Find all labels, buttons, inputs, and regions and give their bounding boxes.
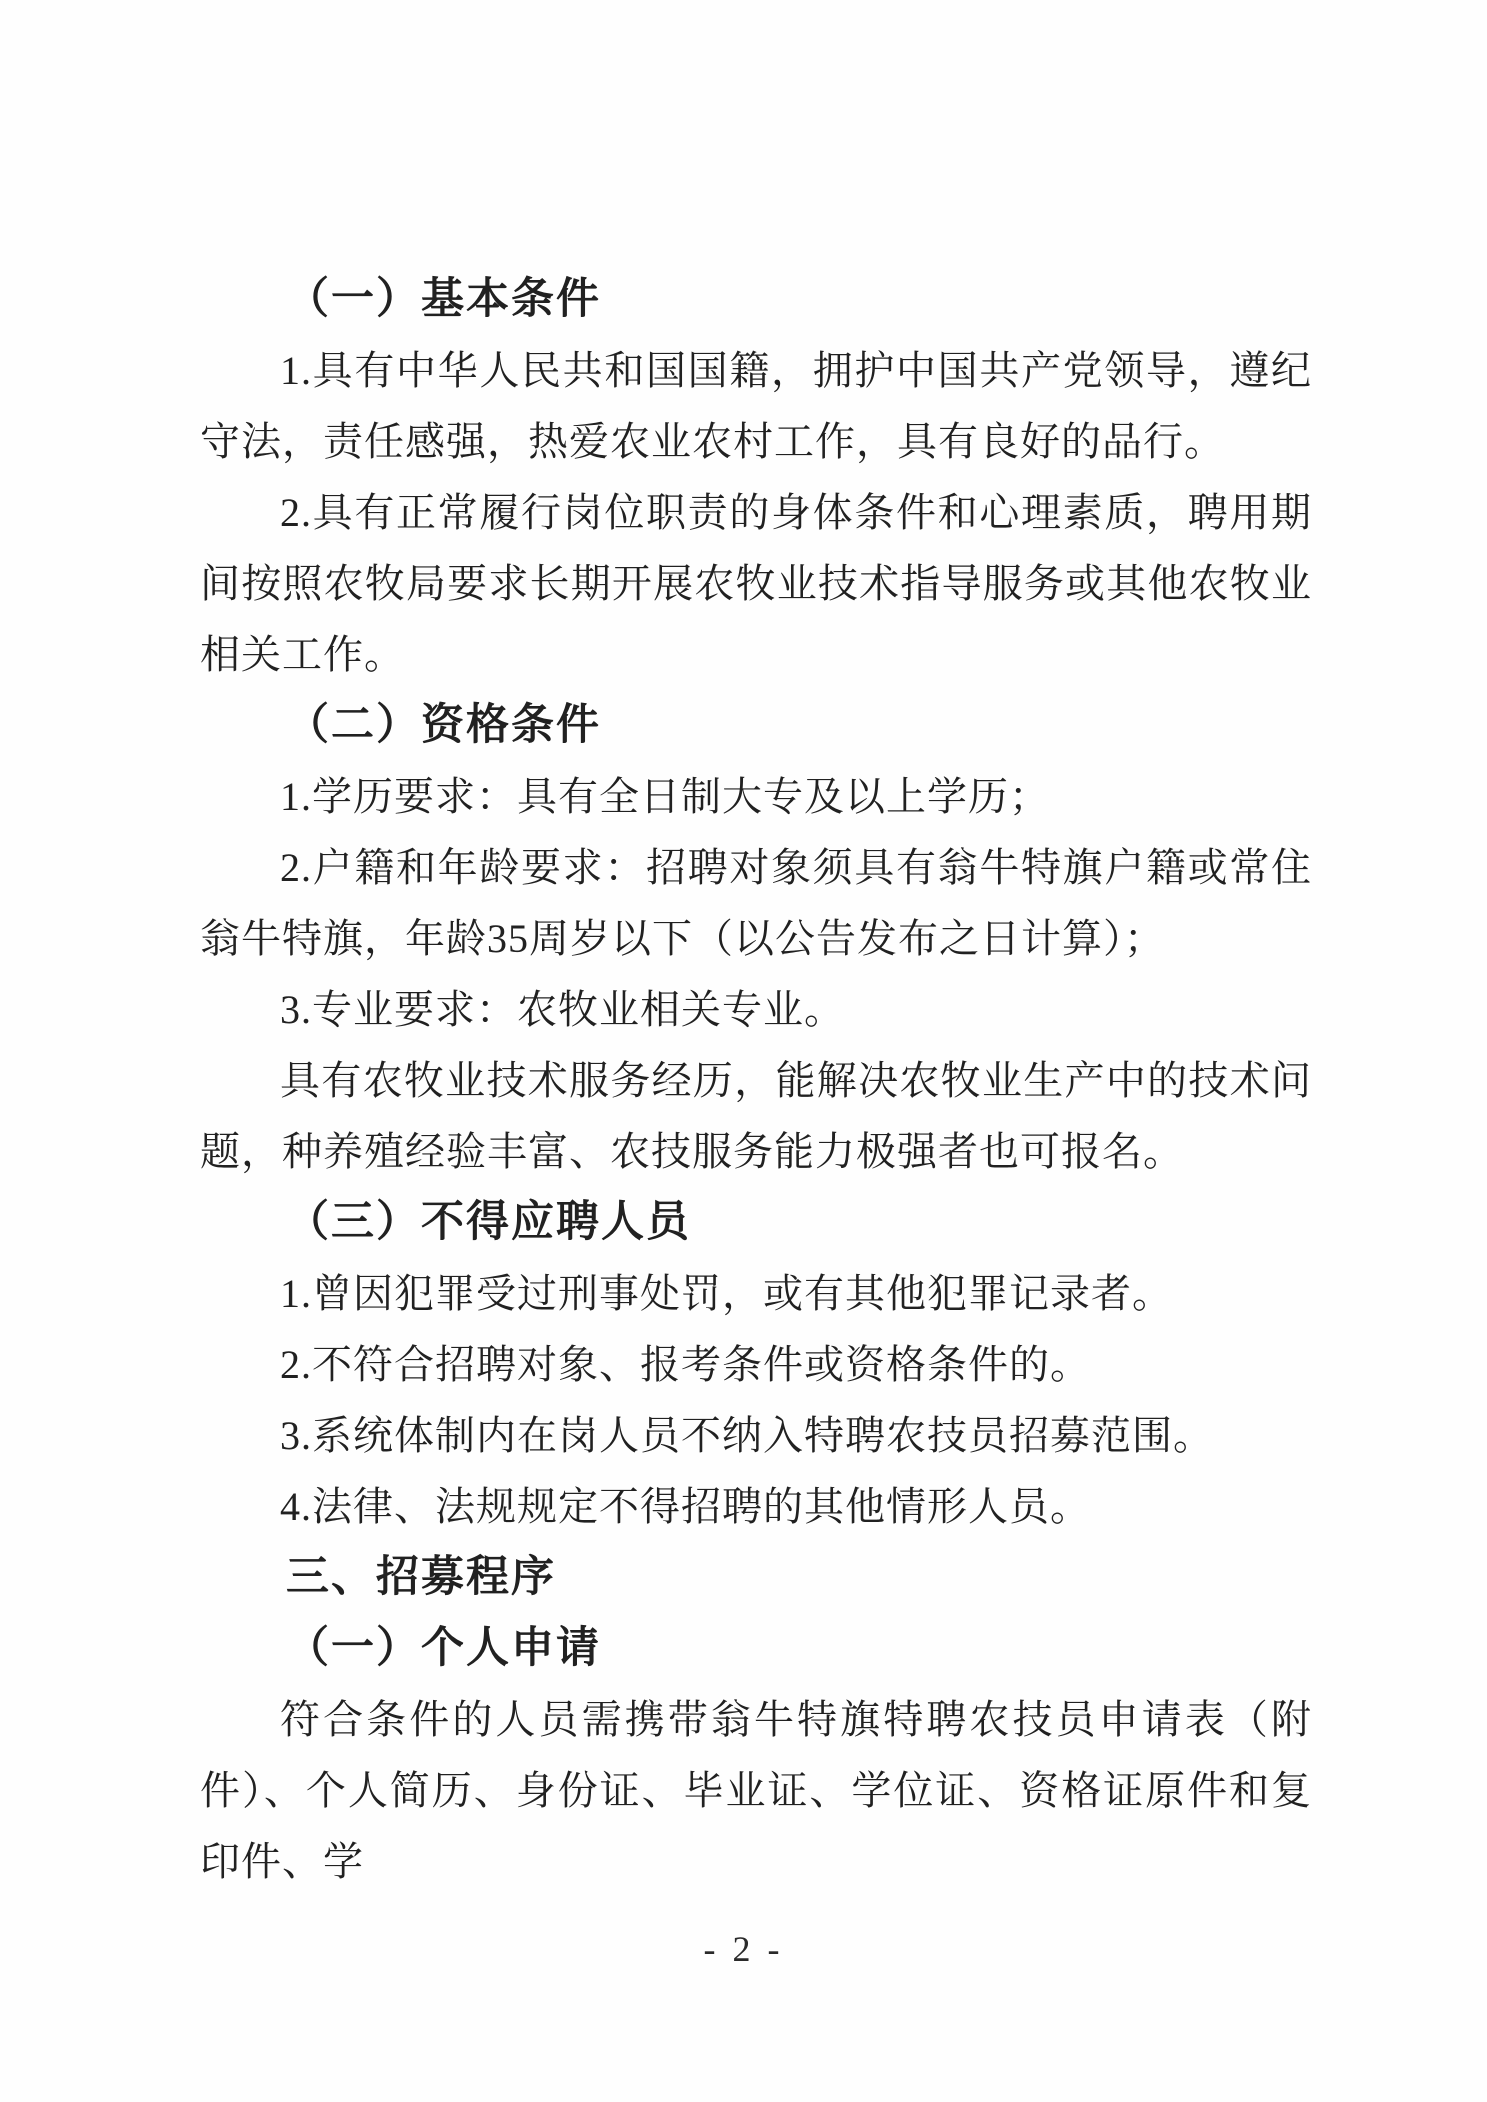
paragraph: 2.户籍和年龄要求：招聘对象须具有翁牛特旗户籍或常住翁牛特旗，年龄35周岁以下（… — [200, 832, 1312, 974]
paragraph: 1.曾因犯罪受过刑事处罚，或有其他犯罪记录者。 — [200, 1258, 1312, 1329]
paragraph: 3.专业要求：农牧业相关专业。 — [200, 974, 1312, 1045]
section-heading: （二）资格条件 — [200, 690, 1312, 761]
paragraph: 2.具有正常履行岗位职责的身体条件和心理素质，聘用期间按照农牧局要求长期开展农牧… — [200, 477, 1312, 690]
section-heading: （一）个人申请 — [200, 1613, 1312, 1684]
paragraph: 2.不符合招聘对象、报考条件或资格条件的。 — [200, 1329, 1312, 1400]
paragraph: 符合条件的人员需携带翁牛特旗特聘农技员申请表（附件）、个人简历、身份证、毕业证、… — [200, 1684, 1312, 1897]
section-heading: （一）基本条件 — [200, 264, 1312, 335]
paragraph: 具有农牧业技术服务经历，能解决农牧业生产中的技术问题，种养殖经验丰富、农技服务能… — [200, 1045, 1312, 1187]
paragraph: 1.学历要求：具有全日制大专及以上学历； — [200, 761, 1312, 832]
paragraph: 3.系统体制内在岗人员不纳入特聘农技员招募范围。 — [200, 1400, 1312, 1471]
section-heading: （三）不得应聘人员 — [200, 1187, 1312, 1258]
document-page: （一）基本条件1.具有中华人民共和国国籍，拥护中国共产党领导，遵纪守法，责任感强… — [0, 0, 1487, 2102]
page-number: - 2 - — [0, 1928, 1487, 1970]
section-heading: 三、招募程序 — [200, 1542, 1312, 1613]
document-body: （一）基本条件1.具有中华人民共和国国籍，拥护中国共产党领导，遵纪守法，责任感强… — [200, 264, 1312, 1897]
paragraph: 1.具有中华人民共和国国籍，拥护中国共产党领导，遵纪守法，责任感强，热爱农业农村… — [200, 335, 1312, 477]
paragraph: 4.法律、法规规定不得招聘的其他情形人员。 — [200, 1471, 1312, 1542]
